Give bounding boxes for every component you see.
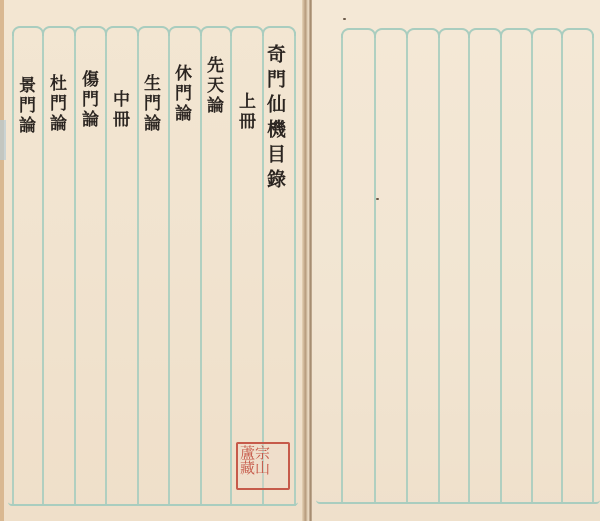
column-cap (531, 28, 563, 38)
column-rule (374, 34, 376, 504)
book-title: 奇門仙機目錄 (265, 44, 284, 194)
column-rule (592, 34, 594, 504)
column-cap (406, 28, 440, 38)
column-cap (74, 26, 107, 36)
collector-seal: 宗 山 蘆 藏 (236, 442, 290, 490)
toc-entry: 生門論 (141, 74, 158, 134)
column-rule (561, 34, 563, 504)
column-rule (200, 32, 202, 506)
column-rule (168, 32, 170, 506)
column-rule (12, 32, 14, 506)
column-cap (374, 28, 408, 38)
column-rule (468, 34, 470, 504)
toc-entry: 先天論 (204, 56, 221, 116)
column-cap (200, 26, 232, 36)
column-cap (12, 26, 44, 36)
toc-entry: 休門論 (172, 64, 189, 124)
column-rule (406, 34, 408, 504)
column-cap (341, 28, 376, 38)
bottom-rule (316, 500, 600, 504)
column-cap (137, 26, 170, 36)
column-cap (262, 26, 296, 36)
toc-entry: 杜門論 (47, 74, 64, 134)
column-rule (500, 34, 502, 504)
page-edge (0, 0, 4, 521)
column-cap (168, 26, 202, 36)
book-spread: 奇門仙機目錄 上冊 先天論 休門論 生門論 中冊 傷門論 杜門論 景門論 宗 山… (0, 0, 600, 521)
column-cap (230, 26, 264, 36)
bottom-rule (8, 502, 298, 506)
toc-volume-2: 中冊 (110, 90, 127, 130)
toc-entry: 傷門論 (79, 70, 96, 130)
seal-char: 山 (255, 461, 270, 476)
paper-speck (376, 198, 379, 200)
paper-speck (343, 18, 346, 20)
page-edge-tab (0, 120, 6, 160)
toc-volume-1: 上冊 (236, 92, 253, 132)
toc-entry: 景門論 (16, 76, 33, 136)
column-cap (500, 28, 533, 38)
column-rule (294, 32, 296, 506)
column-rule (230, 32, 232, 506)
column-rule (42, 32, 44, 506)
column-rule (341, 34, 343, 504)
column-rule (531, 34, 533, 504)
seal-char: 藏 (240, 461, 255, 476)
column-cap (42, 26, 76, 36)
left-page: 奇門仙機目錄 上冊 先天論 休門論 生門論 中冊 傷門論 杜門論 景門論 宗 山… (0, 0, 306, 521)
right-page (312, 0, 600, 521)
column-rule (137, 32, 139, 506)
column-cap (468, 28, 502, 38)
column-rule (105, 32, 107, 506)
column-cap (105, 26, 139, 36)
column-cap (438, 28, 470, 38)
column-rule (438, 34, 440, 504)
column-rule (74, 32, 76, 506)
column-cap (561, 28, 594, 38)
